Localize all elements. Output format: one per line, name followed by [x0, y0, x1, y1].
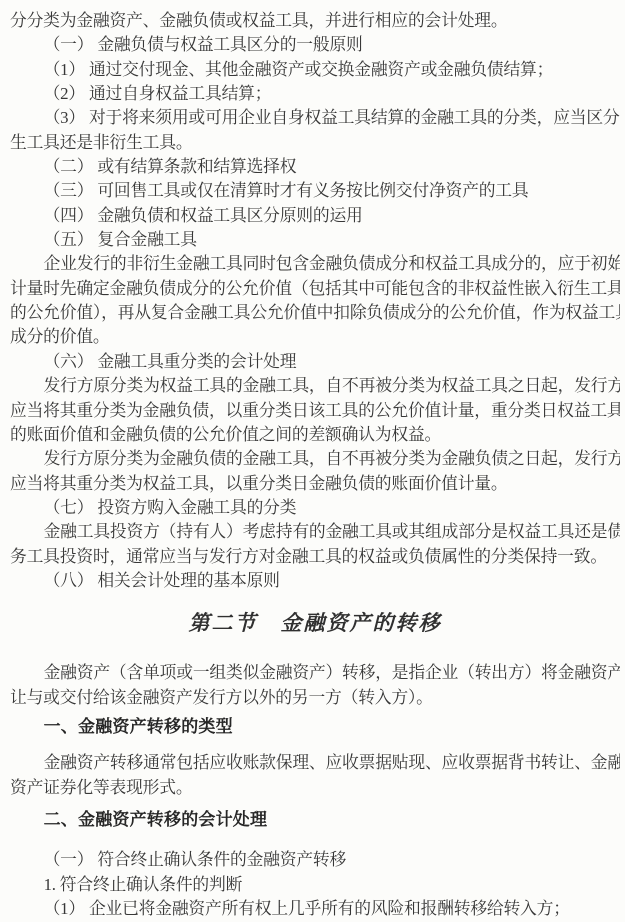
text-line: （1） 企业已将金融资产所有权上几乎所有的风险和报酬转移给转入方；: [10, 897, 620, 921]
text-line: 应当将其重分类为权益工具，以重分类日金融负债的账面价值计量。: [10, 472, 620, 496]
section-title: 第二节 金融资产的转移: [10, 608, 620, 638]
text-line: 计量时先确定金融负债成分的公允价值（包括其中可能包含的非权益性嵌入衍生工具: [10, 277, 620, 301]
document-page: 分分类为金融资产、金融负债或权益工具，并进行相应的会计处理。 （一） 金融负债与…: [0, 0, 625, 922]
text-line: 成分的价值。: [10, 325, 620, 349]
text-line: （五） 复合金融工具: [10, 228, 620, 252]
text-line: （八） 相关会计处理的基本原则: [10, 569, 620, 593]
text-line: 发行方原分类为金融负债的金融工具，自不再被分类为金融负债之日起，发行方: [10, 447, 620, 471]
text-line: 生工具还是非衍生工具。: [10, 131, 620, 155]
text-line: 金融工具投资方（持有人）考虑持有的金融工具或其组成部分是权益工具还是债: [10, 520, 620, 544]
text-line: （3） 对于将来须用或可用企业自身权益工具结算的金融工具的分类，应当区分衍: [10, 106, 620, 130]
subsection-heading: 二、金融资产转移的会计处理: [10, 808, 620, 832]
text-line: 应当将其重分类为金融负债，以重分类日该工具的公允价值计量，重分类日权益工具: [10, 399, 620, 423]
text-line: （六） 金融工具重分类的会计处理: [10, 350, 620, 374]
text-line: 金融资产转移通常包括应收账款保理、应收票据贴现、应收票据背书转让、金融: [10, 751, 620, 775]
text-line: （二） 或有结算条款和结算选择权: [10, 155, 620, 179]
text-line: 分分类为金融资产、金融负债或权益工具，并进行相应的会计处理。: [10, 9, 620, 33]
text-line: 的公允价值），再从复合金融工具公允价值中扣除负债成分的公允价值，作为权益工具: [10, 301, 620, 325]
text-line: （2） 通过自身权益工具结算；: [10, 82, 620, 106]
text-line: （七） 投资方购入金融工具的分类: [10, 496, 620, 520]
text-line: （三） 可回售工具或仅在清算时才有义务按比例交付净资产的工具: [10, 179, 620, 203]
text-line: （四） 金融负债和权益工具区分原则的运用: [10, 204, 620, 228]
text-line: 发行方原分类为权益工具的金融工具，自不再被分类为权益工具之日起，发行方: [10, 374, 620, 398]
page-content: 分分类为金融资产、金融负债或权益工具，并进行相应的会计处理。 （一） 金融负债与…: [0, 0, 625, 921]
text-line: （一） 金融负债与权益工具区分的一般原则: [10, 33, 620, 57]
text-line: 让与或交付给该金融资产发行方以外的另一方（转入方）。: [10, 686, 620, 710]
text-line: 资产证券化等表现形式。: [10, 776, 620, 800]
text-line: 金融资产（含单项或一组类似金融资产）转移，是指企业（转出方）将金融资产: [10, 661, 620, 685]
text-line: （一） 符合终止确认条件的金融资产转移: [10, 848, 620, 872]
text-line: 企业发行的非衍生金融工具同时包含金融负债成分和权益工具成分的，应于初始: [10, 252, 620, 276]
text-line: （1） 通过交付现金、其他金融资产或交换金融资产或金融负债结算；: [10, 58, 620, 82]
text-line: 1. 符合终止确认条件的判断: [10, 873, 620, 897]
text-line: 务工具投资时，通常应当与发行方对金融工具的权益或负债属性的分类保持一致。: [10, 545, 620, 569]
text-line: 的账面价值和金融负债的公允价值之间的差额确认为权益。: [10, 423, 620, 447]
subsection-heading: 一、金融资产转移的类型: [10, 715, 620, 739]
